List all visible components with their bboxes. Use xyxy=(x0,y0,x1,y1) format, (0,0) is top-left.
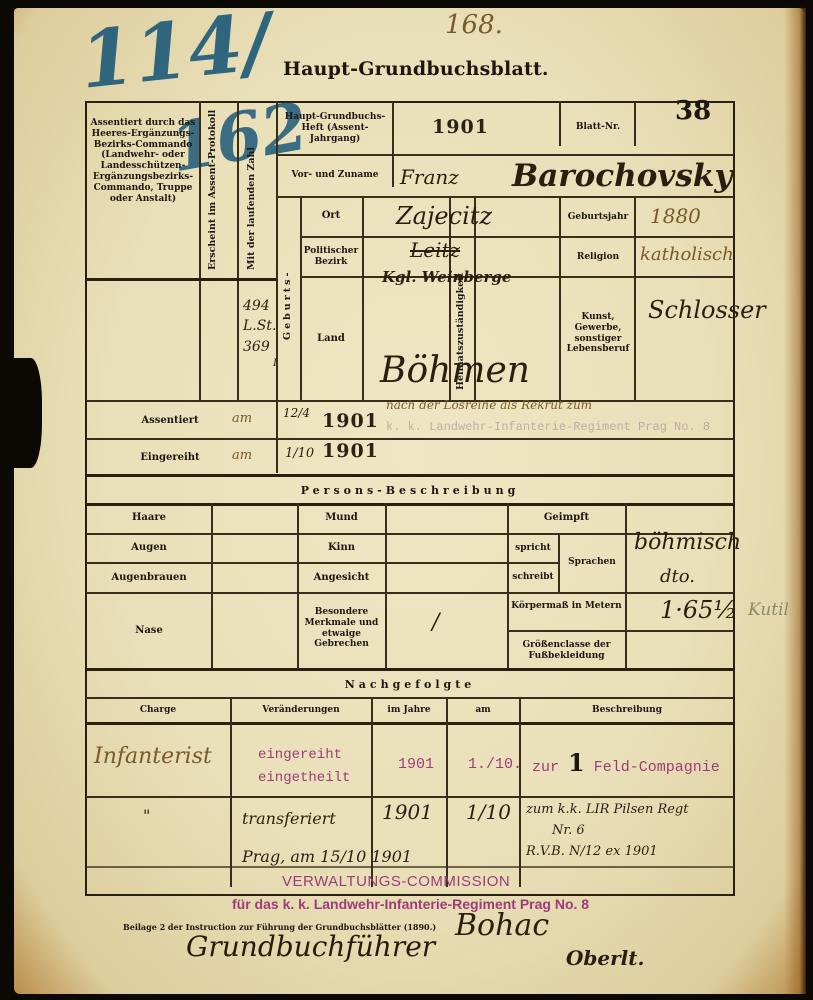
assentiert-date: 12/4 xyxy=(283,406,310,420)
geburtsjahr-value: 1880 xyxy=(650,204,701,228)
signature-2: Bohac xyxy=(455,908,549,943)
bezirk-value: Kgl. Weinberge xyxy=(382,268,511,286)
row1-charge: Infanterist xyxy=(94,744,212,769)
nachgefolgte-heading: Nachgefolgte xyxy=(86,678,734,691)
col-veraenderungen: Veränderungen xyxy=(232,705,370,716)
col-beschreibung: Beschreibung xyxy=(521,705,733,716)
beruf-value: Schlosser xyxy=(648,296,766,324)
assentiert-note: nach der Losreihe als Rekrut zum xyxy=(386,398,592,412)
document-title: Haupt-Grundbuchsblatt. xyxy=(283,58,549,80)
assentiert-row-label: Assentiert xyxy=(130,415,210,427)
row1-jahr: 1901 xyxy=(398,756,434,773)
signature-1: Grundbuchführer xyxy=(186,930,435,963)
bezirk-struck: Leitz xyxy=(410,238,460,262)
persons-heading: Persons-Beschreibung xyxy=(86,484,734,497)
eingereiht-date: 1/10 xyxy=(285,446,314,461)
assentiert-durch-label: Assentiert durch das Heeres-Ergänzungs-B… xyxy=(88,118,198,204)
augen-label: Augen xyxy=(88,542,210,554)
angesicht-label: Angesicht xyxy=(299,572,384,584)
row2-jahr: 1901 xyxy=(382,800,433,824)
mund-label: Mund xyxy=(299,512,384,524)
haare-label: Haare xyxy=(88,512,210,524)
religion-value: katholisch xyxy=(640,244,734,265)
blatt-label: Blatt-Nr. xyxy=(562,122,634,133)
koerpermass-label: Körpermaß in Metern xyxy=(509,601,624,612)
eingereiht-am-mark: am xyxy=(232,448,252,463)
land-label: Land xyxy=(302,333,360,345)
spricht-label: spricht xyxy=(509,543,557,554)
row1-veraenderungen: eingereiht eingetheilt xyxy=(258,744,350,790)
row2-charge: " xyxy=(143,806,150,825)
merkmale-value: / xyxy=(432,610,439,635)
margin-note: Kutil xyxy=(748,600,789,620)
name-label: Vor- und Zuname xyxy=(280,170,390,181)
page-number-handwritten: 168. xyxy=(445,10,503,40)
merkmale-label: Besondere Merkmale und etwaige Gebrechen xyxy=(299,607,384,650)
torn-edge xyxy=(14,358,42,468)
row2-beschreibung: zum k.k. LIR Pilsen Regt Nr. 6 R.V.B. N/… xyxy=(526,800,688,862)
eingereiht-year: 1901 xyxy=(322,440,379,462)
heft-label: Haupt-Grundbuchs-Heft (Assent-Jahrgang) xyxy=(280,112,390,144)
assentiert-regiment-stamp: k. k. Landwehr-Infanterie-Regiment Prag … xyxy=(386,420,710,434)
row1-am: 1./10. xyxy=(468,756,522,773)
groessenclasse-label: Größenclasse der Fußbekleidung xyxy=(509,640,624,662)
assentiert-year: 1901 xyxy=(322,410,379,432)
blatt-value: 38 xyxy=(675,96,711,126)
bezirk-label: Politischer Bezirk xyxy=(302,246,360,268)
geburtsjahr-label: Geburtsjahr xyxy=(562,212,634,223)
land-value: Böhmen xyxy=(380,350,530,391)
geburts-label: Geburts- xyxy=(282,250,293,340)
col-am: am xyxy=(448,705,518,716)
commission-stamp-line1: VERWALTUNGS-COMMISSION xyxy=(282,873,510,890)
heft-value: 1901 xyxy=(432,116,489,138)
ort-label: Ort xyxy=(302,210,360,222)
kinn-label: Kinn xyxy=(299,542,384,554)
row2-am: 1/10 xyxy=(466,800,511,824)
koerpermass-value: 1·65½ xyxy=(660,596,737,624)
geimpft-label: Geimpft xyxy=(509,512,624,524)
protocol-values: 494 L.St. 369 I xyxy=(243,296,277,371)
augenbrauen-label: Augenbrauen xyxy=(88,572,210,584)
ort-value: Zajecitz xyxy=(396,202,492,230)
row1-beschreibung: zur 1 Feld-Compagnie xyxy=(532,748,720,777)
schreibt-value: dto. xyxy=(660,566,695,587)
nase-label: Nase xyxy=(88,625,210,637)
eingereiht-row-label: Eingereiht xyxy=(130,452,210,464)
last-name: Barochovsky xyxy=(512,158,732,194)
first-name: Franz xyxy=(400,165,459,189)
signature-3: Oberlt. xyxy=(566,946,644,970)
schreibt-label: schreibt xyxy=(509,572,557,583)
sprachen-label: Sprachen xyxy=(560,557,624,568)
religion-label: Religion xyxy=(562,252,634,263)
sprachen-value: böhmisch xyxy=(634,530,741,555)
beruf-label: Kunst, Gewerbe, sonstiger Lebensberuf xyxy=(562,312,634,355)
laufende-zahl-label: Mit der laufenden Zahl xyxy=(246,110,257,270)
col-charge: Charge xyxy=(88,705,228,716)
assentiert-am-mark: am xyxy=(232,411,252,426)
erscheint-label: Erscheint im Assent-Protokoll xyxy=(207,110,218,270)
col-im-jahre: im Jahre xyxy=(373,705,445,716)
